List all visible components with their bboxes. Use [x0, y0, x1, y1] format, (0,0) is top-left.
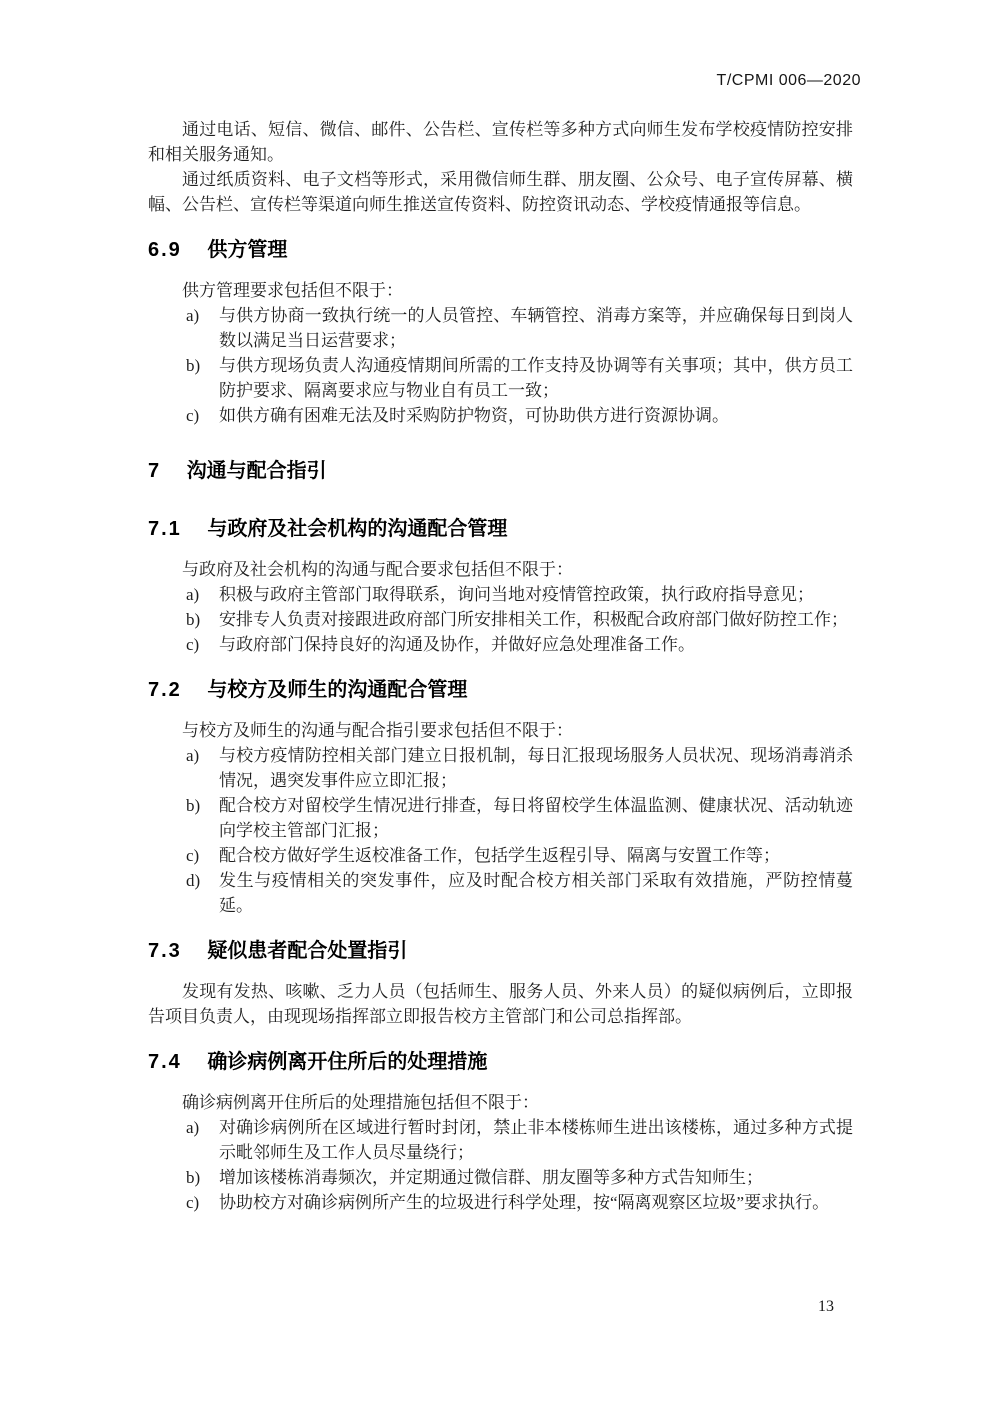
list-item-text: 与校方疫情防控相关部门建立日报机制，每日汇报现场服务人员状况、现场消毒消杀情况，…: [219, 746, 853, 790]
section-title: 确诊病例离开住所后的处理措施: [207, 1051, 487, 1073]
list-marker: a): [186, 303, 199, 328]
list-marker: b): [186, 607, 200, 632]
section-number: 7.1: [148, 518, 182, 540]
list-item: c) 配合校方做好学生返校准备工作，包括学生返程引导、隔离与安置工作等；: [148, 843, 853, 868]
page-content: 通过电话、短信、微信、邮件、公告栏、宣传栏等多种方式向师生发布学校疫情防控安排和…: [148, 117, 853, 1215]
section-number: 7.4: [148, 1051, 182, 1073]
list-item-text: 协助校方对确诊病例所产生的垃圾进行科学处理，按“隔离观察区垃圾”要求执行。: [219, 1193, 829, 1212]
section-7-3-paragraph: 发现有发热、咳嗽、乏力人员（包括师生、服务人员、外来人员）的疑似病例后，立即报告…: [148, 979, 853, 1029]
section-heading-7-4: 7.4 确诊病例离开住所后的处理措施: [148, 1049, 853, 1075]
list-item: c) 如供方确有困难无法及时采购防护物资，可协助供方进行资源协调。: [148, 403, 853, 428]
section-number: 7: [148, 460, 161, 482]
section-title: 供方管理: [207, 239, 287, 261]
list-marker: b): [186, 1165, 200, 1190]
section-6-9-intro: 供方管理要求包括但不限于：: [148, 278, 853, 303]
list-item-text: 增加该楼栋消毒频次，并定期通过微信群、朋友圈等多种方式告知师生；: [219, 1168, 763, 1187]
section-heading-7-2: 7.2 与校方及师生的沟通配合管理: [148, 677, 853, 703]
list-marker: a): [186, 1115, 199, 1140]
list-item-text: 与供方协商一致执行统一的人员管控、车辆管控、消毒方案等，并应确保每日到岗人数以满…: [219, 306, 853, 350]
section-7-2-intro: 与校方及师生的沟通与配合指引要求包括但不限于：: [148, 718, 853, 743]
chapter-heading-7: 7 沟通与配合指引: [148, 458, 853, 484]
list-marker: c): [186, 632, 199, 657]
list-item: a) 与供方协商一致执行统一的人员管控、车辆管控、消毒方案等，并应确保每日到岗人…: [148, 303, 853, 353]
list-marker: b): [186, 793, 200, 818]
list-item-text: 安排专人负责对接跟进政府部门所安排相关工作，积极配合政府部门做好防控工作；: [219, 610, 848, 629]
list-item: a) 积极与政府主管部门取得联系，询问当地对疫情管控政策，执行政府指导意见；: [148, 582, 853, 607]
list-item: c) 协助校方对确诊病例所产生的垃圾进行科学处理，按“隔离观察区垃圾”要求执行。: [148, 1190, 853, 1215]
section-title: 与校方及师生的沟通配合管理: [207, 679, 467, 701]
section-7-4-intro: 确诊病例离开住所后的处理措施包括但不限于：: [148, 1090, 853, 1115]
list-item-text: 对确诊病例所在区域进行暂时封闭，禁止非本楼栋师生进出该楼栋，通过多种方式提示毗邻…: [219, 1118, 853, 1162]
list-item-text: 配合校方对留校学生情况进行排查，每日将留校学生体温监测、健康状况、活动轨迹向学校…: [219, 796, 853, 840]
list-item-text: 配合校方做好学生返校准备工作，包括学生返程引导、隔离与安置工作等；: [219, 846, 780, 865]
section-title: 疑似患者配合处置指引: [207, 940, 407, 962]
list-marker: d): [186, 868, 200, 893]
section-number: 7.3: [148, 940, 182, 962]
list-marker: a): [186, 582, 199, 607]
lead-paragraph-1: 通过电话、短信、微信、邮件、公告栏、宣传栏等多种方式向师生发布学校疫情防控安排和…: [148, 117, 853, 167]
list-marker: c): [186, 843, 199, 868]
list-marker: c): [186, 1190, 199, 1215]
lead-paragraph-2: 通过纸质资料、电子文档等形式，采用微信师生群、朋友圈、公众号、电子宣传屏幕、横幅…: [148, 167, 853, 217]
list-item: c) 与政府部门保持良好的沟通及协作，并做好应急处理准备工作。: [148, 632, 853, 657]
list-item: b) 增加该楼栋消毒频次，并定期通过微信群、朋友圈等多种方式告知师生；: [148, 1165, 853, 1190]
list-item-text: 与供方现场负责人沟通疫情期间所需的工作支持及协调等有关事项；其中，供方员工防护要…: [219, 356, 853, 400]
standard-number: T/CPMI 006—2020: [717, 72, 861, 90]
list-item: a) 对确诊病例所在区域进行暂时封闭，禁止非本楼栋师生进出该楼栋，通过多种方式提…: [148, 1115, 853, 1165]
list-item: b) 安排专人负责对接跟进政府部门所安排相关工作，积极配合政府部门做好防控工作；: [148, 607, 853, 632]
list-marker: c): [186, 403, 199, 428]
section-number: 7.2: [148, 679, 182, 701]
section-heading-7-1: 7.1 与政府及社会机构的沟通配合管理: [148, 516, 853, 542]
list-item: b) 与供方现场负责人沟通疫情期间所需的工作支持及协调等有关事项；其中，供方员工…: [148, 353, 853, 403]
list-item-text: 发生与疫情相关的突发事件，应及时配合校方相关部门采取有效措施，严防控情蔓延。: [219, 871, 853, 915]
list-item: d) 发生与疫情相关的突发事件，应及时配合校方相关部门采取有效措施，严防控情蔓延…: [148, 868, 853, 918]
section-heading-7-3: 7.3 疑似患者配合处置指引: [148, 938, 853, 964]
list-item: a) 与校方疫情防控相关部门建立日报机制，每日汇报现场服务人员状况、现场消毒消杀…: [148, 743, 853, 793]
section-7-1-intro: 与政府及社会机构的沟通与配合要求包括但不限于：: [148, 557, 853, 582]
list-marker: b): [186, 353, 200, 378]
section-heading-6-9: 6.9 供方管理: [148, 237, 853, 263]
list-marker: a): [186, 743, 199, 768]
list-item-text: 如供方确有困难无法及时采购防护物资，可协助供方进行资源协调。: [219, 406, 729, 425]
list-item-text: 与政府部门保持良好的沟通及协作，并做好应急处理准备工作。: [219, 635, 695, 654]
section-number: 6.9: [148, 239, 182, 261]
list-item: b) 配合校方对留校学生情况进行排查，每日将留校学生体温监测、健康状况、活动轨迹…: [148, 793, 853, 843]
section-title: 与政府及社会机构的沟通配合管理: [207, 518, 507, 540]
page-number: 13: [804, 1298, 848, 1316]
list-item-text: 积极与政府主管部门取得联系，询问当地对疫情管控政策，执行政府指导意见；: [219, 585, 814, 604]
section-title: 沟通与配合指引: [187, 460, 327, 482]
